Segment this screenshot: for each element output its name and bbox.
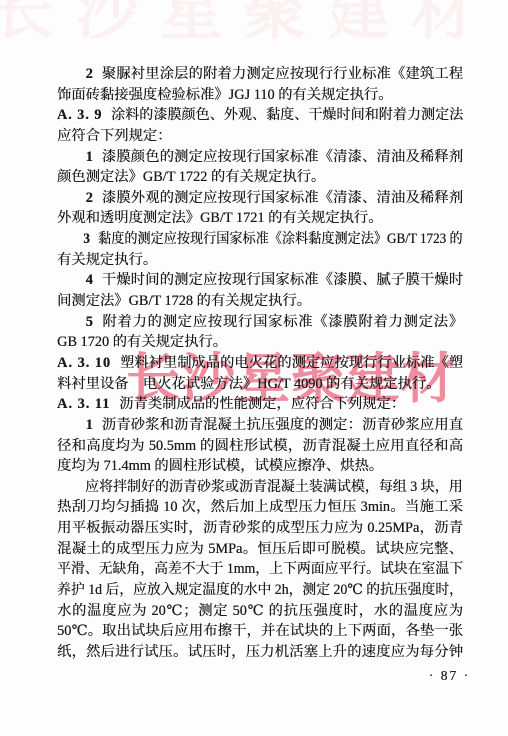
text-line: GB 1720 的有关规定执行。	[57, 332, 463, 353]
item-number: 2	[86, 190, 93, 206]
clause-heading-line: A. 3. 11沥青类制成品的性能测定，应符合下列规定：	[57, 394, 463, 415]
item-number: 1	[86, 417, 93, 433]
clause-number: A. 3. 9	[57, 107, 102, 123]
page-number: · 87 ·	[429, 668, 470, 684]
text-line: 外观和透明度测定法》GB/T 1721 的有关规定执行。	[57, 208, 463, 229]
top-watermark-text: 长沙星聚建材	[0, 0, 496, 51]
text-line: 应将拌制好的沥青砂浆或沥青混凝土装满试模，每组 3 块，用	[57, 477, 454, 498]
text-line: 水的温度应为 20℃；测定 50℃ 的抗压强度时，水的温度应为	[57, 601, 463, 622]
clause-number: A. 3. 11	[57, 396, 110, 412]
clause-heading-line: A. 3. 9涂料的漆膜颜色、外观、黏度、干燥时间和附着力测定法	[57, 105, 457, 126]
text-line: 饰面砖黏接强度检验标准》JGJ 110 的有关规定执行。	[57, 85, 463, 106]
text-line: 2漆膜外观的测定应按现行国家标准《清漆、清油及稀释剂	[57, 188, 463, 209]
clause-number: A. 3. 10	[57, 355, 111, 371]
item-number: 4	[86, 272, 93, 288]
text-line: 3黏度的测定应按现行国家标准《涂料黏度测定法》GB/T 1723 的	[57, 229, 430, 250]
text-line: 径和高度均为 50.5mm 的圆柱形试模，沥青混凝土应用直径和高	[57, 436, 463, 457]
text-line: 2聚脲衬里涂层的附着力测定应按现行行业标准《建筑工程	[57, 64, 463, 85]
text-line: 5附着力的测定应按现行国家标准《漆膜附着力测定法》	[57, 312, 463, 333]
text-line: 混凝土的成型压力应为 5MPa。恒压后即可脱模。试块应完整、	[57, 539, 463, 560]
text-line: 有关规定执行。	[57, 250, 463, 271]
text-line: 应符合下列规定：	[57, 126, 463, 147]
text-line: 养护 1d 后，应放入规定温度的水中 2h，测定 20℃ 的抗压强度时，	[57, 580, 449, 601]
text-line: 50℃。取出试块后应用布擦干，并在试块的上下两面，各垫一张	[57, 621, 463, 642]
text-line: 用平板振动器压实时，沥青砂浆的成型压力应为 0.25MPa，沥青	[57, 518, 463, 539]
text-line: 颜色测定法》GB/T 1722 的有关规定执行。	[57, 167, 463, 188]
item-number: 1	[86, 149, 93, 165]
text-column: 2聚脲衬里涂层的附着力测定应按现行行业标准《建筑工程饰面砖黏接强度检验标准》JG…	[57, 64, 463, 663]
text-line: 度均为 71.4mm 的圆柱形试模，试模应擦净、烘热。	[57, 456, 463, 477]
document-page: 长沙星聚建材 长沙星聚建材 2聚脲衬里涂层的附着力测定应按现行行业标准《建筑工程…	[0, 0, 508, 736]
text-line: 间测定法》GB/T 1728 的有关规定执行。	[57, 291, 463, 312]
text-line: 4干燥时间的测定应按现行国家标准《漆膜、腻子膜干燥时	[57, 270, 463, 291]
item-number: 3	[83, 231, 90, 247]
item-number: 5	[86, 314, 93, 330]
text-line: 热刮刀均匀插捣 10 次，然后加上成型压力恒压 3min。当施工采	[57, 497, 463, 518]
text-line: 1沥青砂浆和沥青混凝土抗压强度的测定：沥青砂浆应用直	[57, 415, 463, 436]
clause-heading-line: A. 3. 10塑料衬里制成品的电火花的测定应按现行行业标准《塑	[57, 353, 463, 374]
text-line: 平滑、无缺角，高差不大于 1mm，上下两面应平行。试块在室温下	[57, 559, 450, 580]
text-line: 料衬里设备 电火花试验方法》HG/T 4090 的有关规定执行。	[57, 374, 463, 395]
item-number: 2	[86, 66, 93, 82]
text-line: 1漆膜颜色的测定应按现行国家标准《清漆、清油及稀释剂	[57, 147, 463, 168]
text-line: 纸，然后进行试压。试压时，压力机活塞上升的速度应为每分钟	[57, 642, 463, 663]
